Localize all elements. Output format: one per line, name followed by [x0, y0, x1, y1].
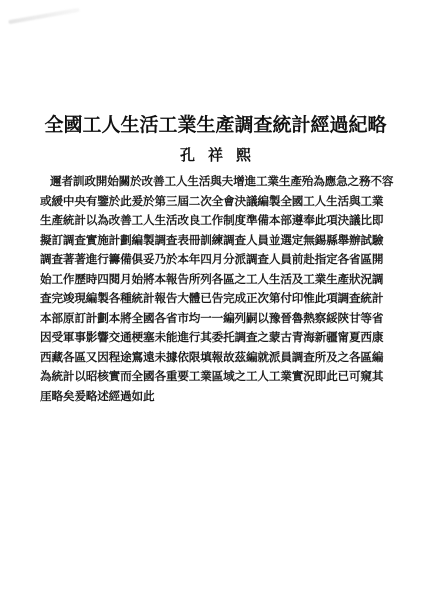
- body-line: 為統計以昭核實而全國各重要工業區域之工人工業實況即此已可窺其: [40, 367, 395, 387]
- document-page: 全國工人生活工業生產調查統計經過紀略 孔祥熙 邇者訓政開始關於改善工人生活與夫增…: [0, 0, 431, 600]
- body-line: 因受軍事影響交通梗塞未能進行其委托調查之蒙古青海新疆甯夏西康: [40, 328, 395, 348]
- body-line: 調查著著進行籌備俱妥乃於本年四月分派調查人員前赴指定各省區開: [40, 250, 395, 270]
- document-body: 邇者訓政開始關於改善工人生活與夫增進工業生產殆為應急之務不容 或緩中央有鑒於此爰…: [40, 172, 395, 406]
- body-line: 查完竣現編製各種統計報告大體已告完成正次第付印惟此項調查統計: [40, 289, 395, 309]
- body-line: 邇者訓政開始關於改善工人生活與夫增進工業生產殆為應急之務不容: [40, 172, 395, 192]
- body-line: 西藏各區又因程途窵遠未據依限填報故茲編就派員調查所及之各區編: [40, 348, 395, 368]
- body-line: 生產統計以為改善工人生活改良工作制度準備本部遵奉此項決議比即: [40, 211, 395, 231]
- document-title: 全國工人生活工業生產調查統計經過紀略: [0, 113, 431, 137]
- body-line: 始工作歷時四閱月始將本報告所列各區之工人生活及工業生產狀況調: [40, 270, 395, 290]
- body-line: 厓略矣爰略述經過如此: [40, 387, 395, 407]
- body-line: 本部原訂計劃本將全國各省市均一一編列嗣以豫晉魯熱察綏陝甘等省: [40, 309, 395, 329]
- document-author: 孔祥熙: [0, 145, 431, 165]
- body-line: 擬訂調查實施計劃編製調查表冊訓練調查人員並選定無錫縣舉辦試驗: [40, 231, 395, 251]
- body-line: 或緩中央有鑒於此爰於第三屆二次全會決議編製全國工人生活與工業: [40, 192, 395, 212]
